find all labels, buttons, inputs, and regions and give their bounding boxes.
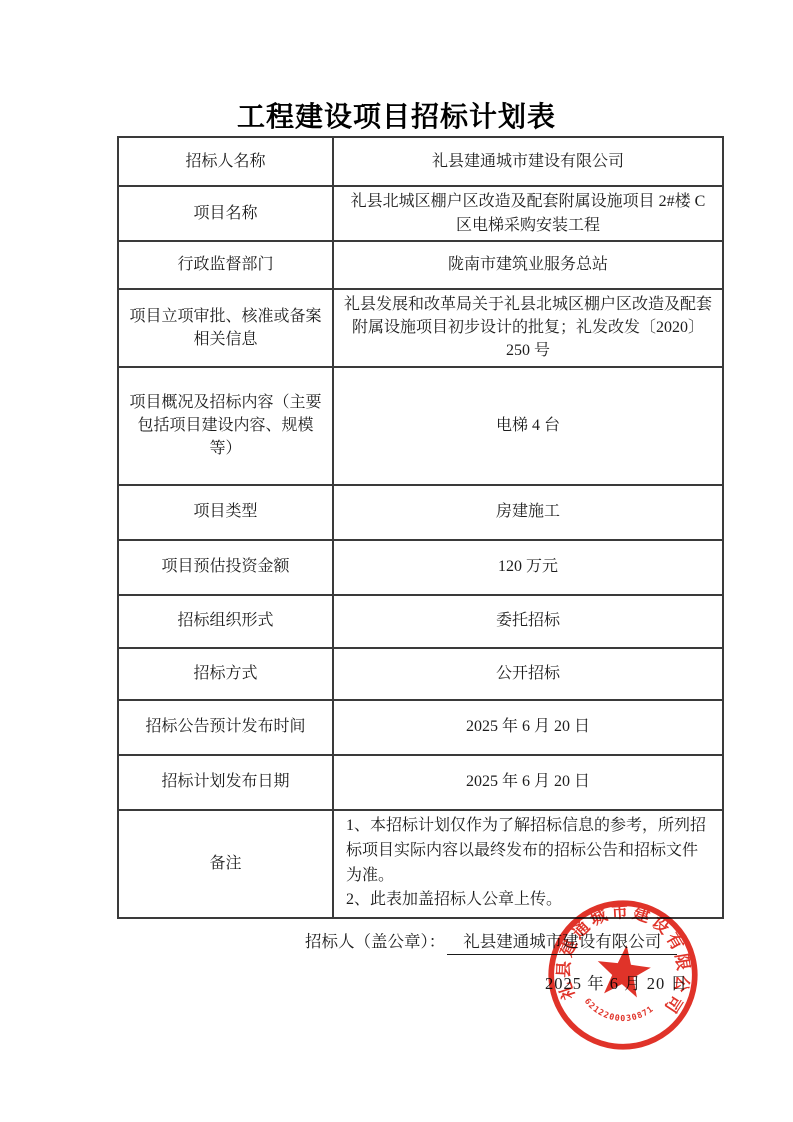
row-label-cell: 招标方式 [118, 648, 333, 700]
row-value-cell: 礼县建通城市建设有限公司 [333, 137, 723, 186]
table-row: 项目类型房建施工 [118, 485, 723, 540]
table-row: 招标人名称礼县建通城市建设有限公司 [118, 137, 723, 186]
table-row: 项目概况及招标内容（主要包括项目建设内容、规模等）电梯 4 台 [118, 367, 723, 485]
row-label-cell: 备注 [118, 810, 333, 918]
row-value-cell: 电梯 4 台 [333, 367, 723, 485]
table-row: 招标公告预计发布时间2025 年 6 月 20 日 [118, 700, 723, 755]
table-row: 项目名称礼县北城区棚户区改造及配套附属设施项目 2#楼 C 区电梯采购安装工程 [118, 186, 723, 241]
company-seal: 礼县建通城市建设有限公司 6212200030871 [536, 888, 710, 1062]
row-label-cell: 项目名称 [118, 186, 333, 241]
table-row: 项目立项审批、核准或备案相关信息礼县发展和改革局关于礼县北城区棚户区改造及配套附… [118, 289, 723, 367]
row-value-cell: 陇南市建筑业服务总站 [333, 241, 723, 289]
row-label-cell: 招标人名称 [118, 137, 333, 186]
table-row: 招标组织形式委托招标 [118, 595, 723, 648]
table-row: 招标方式公开招标 [118, 648, 723, 700]
row-label-cell: 项目概况及招标内容（主要包括项目建设内容、规模等） [118, 367, 333, 485]
row-label-cell: 项目立项审批、核准或备案相关信息 [118, 289, 333, 367]
table-row: 行政监督部门陇南市建筑业服务总站 [118, 241, 723, 289]
row-value-cell: 2025 年 6 月 20 日 [333, 755, 723, 810]
bidding-plan-table: 招标人名称礼县建通城市建设有限公司项目名称礼县北城区棚户区改造及配套附属设施项目… [117, 136, 724, 919]
row-value-cell: 委托招标 [333, 595, 723, 648]
table-row: 项目预估投资金额120 万元 [118, 540, 723, 595]
row-value-cell: 2025 年 6 月 20 日 [333, 700, 723, 755]
row-label-cell: 项目类型 [118, 485, 333, 540]
row-value-cell: 120 万元 [333, 540, 723, 595]
table-row: 招标计划发布日期2025 年 6 月 20 日 [118, 755, 723, 810]
row-label-cell: 招标组织形式 [118, 595, 333, 648]
seal-number: 6212200030871 [581, 995, 656, 1027]
signer-label: 招标人（盖公章）： [305, 932, 445, 951]
row-label-cell: 项目预估投资金额 [118, 540, 333, 595]
row-label-cell: 行政监督部门 [118, 241, 333, 289]
row-label-cell: 招标公告预计发布时间 [118, 700, 333, 755]
row-value-cell: 礼县发展和改革局关于礼县北城区棚户区改造及配套附属设施项目初步设计的批复；礼发改… [333, 289, 723, 367]
page-title: 工程建设项目招标计划表 [0, 95, 793, 135]
bidding-table-body: 招标人名称礼县建通城市建设有限公司项目名称礼县北城区棚户区改造及配套附属设施项目… [118, 137, 723, 918]
row-value-cell: 公开招标 [333, 648, 723, 700]
row-value-cell: 房建施工 [333, 485, 723, 540]
row-label-cell: 招标计划发布日期 [118, 755, 333, 810]
star-icon [594, 942, 653, 999]
row-value-cell: 礼县北城区棚户区改造及配套附属设施项目 2#楼 C 区电梯采购安装工程 [333, 186, 723, 241]
